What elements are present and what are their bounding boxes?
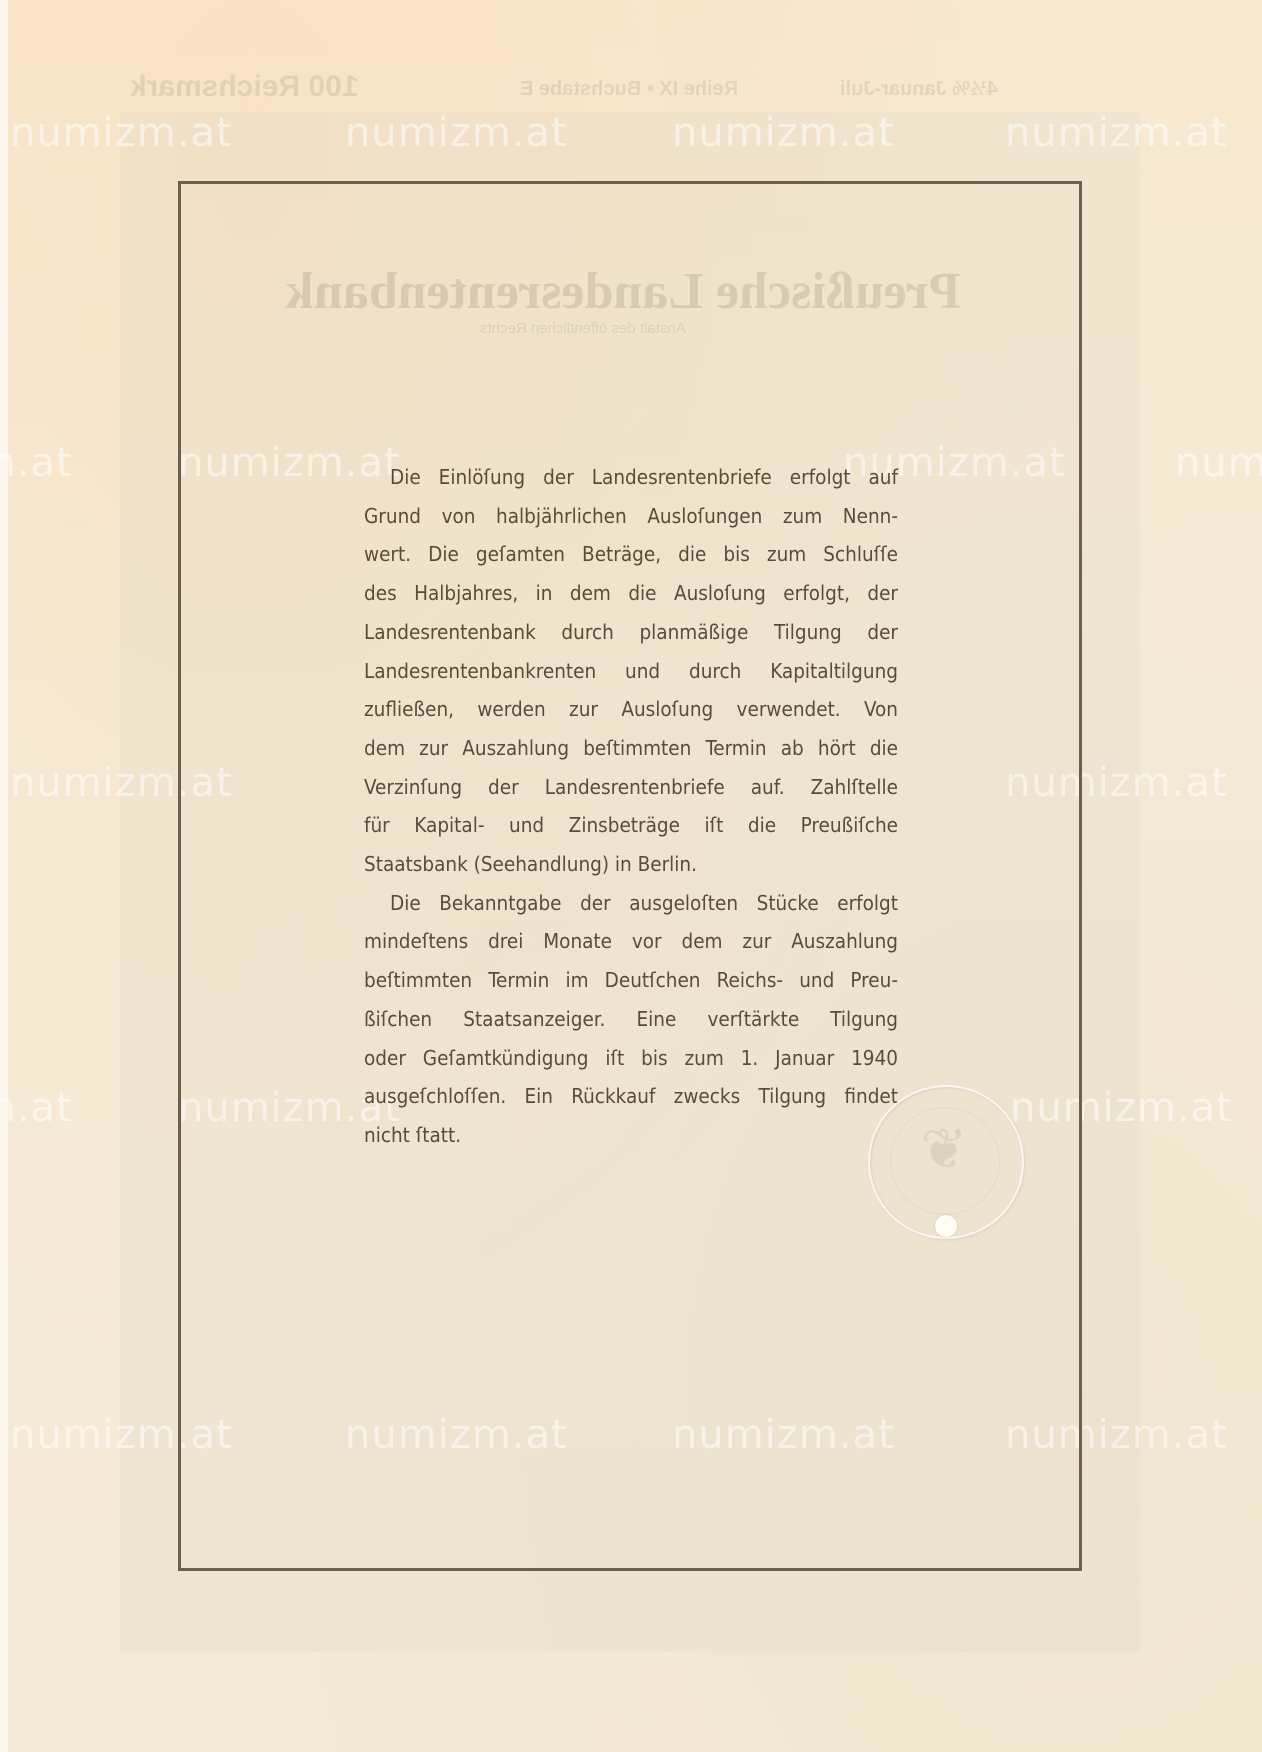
eagle-emblem-icon: ❦ [914, 1115, 974, 1185]
cancellation-punch-hole [935, 1215, 957, 1237]
text-line: mindeſtens drei Monate vor dem zur Ausza… [364, 922, 898, 961]
text-line: Landesrentenbankrenten und durch Kapital… [364, 652, 898, 691]
text-line: Die Einlöſung der Landesrentenbriefe erf… [364, 458, 898, 497]
text-line: beſtimmten Termin im Deutſchen Reichs- u… [364, 961, 898, 1000]
text-line: Die Bekanntgabe der ausgeloſten Stücke e… [364, 884, 898, 923]
text-line: wert. Die geſamten Beträge, die bis zum … [364, 535, 898, 574]
text-line: dem zur Auszahlung beſtimmten Termin ab … [364, 729, 898, 768]
scan-edge [0, 0, 8, 1752]
watermark: numizm.at [1175, 440, 1262, 486]
text-line: Landesrentenbank durch planmäßige Tilgun… [364, 613, 898, 652]
text-line: Grund von halbjährlichen Ausloſungen zum… [364, 497, 898, 536]
watermark: numizm.at [1005, 110, 1228, 156]
paragraph-announcement: Die Bekanntgabe der ausgeloſten Stücke e… [364, 884, 898, 1155]
text-line: ßiſchen Staatsanzeiger. Eine verſtärkte … [364, 1000, 898, 1039]
show-through-series: Reihe IX • Buchstabe E [520, 78, 738, 101]
text-line: oder Geſamtkündigung iſt bis zum 1. Janu… [364, 1039, 898, 1078]
text-line: nicht ſtatt. [364, 1116, 898, 1155]
text-line: zufließen, werden zur Ausloſung verwende… [364, 690, 898, 729]
watermark: numizm.at [0, 1085, 73, 1131]
watermark: numizm.at [10, 110, 233, 156]
show-through-interest: 4½% Januar-Juli [840, 78, 998, 101]
redemption-terms-text: Die Einlöſung der Landesrentenbriefe erf… [364, 458, 898, 1155]
show-through-denomination: 100 Reichsmark [130, 70, 359, 104]
watermark: numizm.at [345, 110, 568, 156]
text-line: für Kapital- und Zinsbeträge iſt die Pre… [364, 806, 898, 845]
watermark: numizm.at [0, 440, 73, 486]
text-line: Staatsbank (Seehandlung) in Berlin. [364, 845, 898, 884]
watermark: numizm.at [672, 110, 895, 156]
text-line: ausgeſchloſſen. Ein Rückkauf zwecks Tilg… [364, 1077, 898, 1116]
paragraph-redemption: Die Einlöſung der Landesrentenbriefe erf… [364, 458, 898, 884]
text-line: Verzinſung der Landesrentenbriefe auf. Z… [364, 768, 898, 807]
text-line: des Halbjahres, in dem die Ausloſung erf… [364, 574, 898, 613]
